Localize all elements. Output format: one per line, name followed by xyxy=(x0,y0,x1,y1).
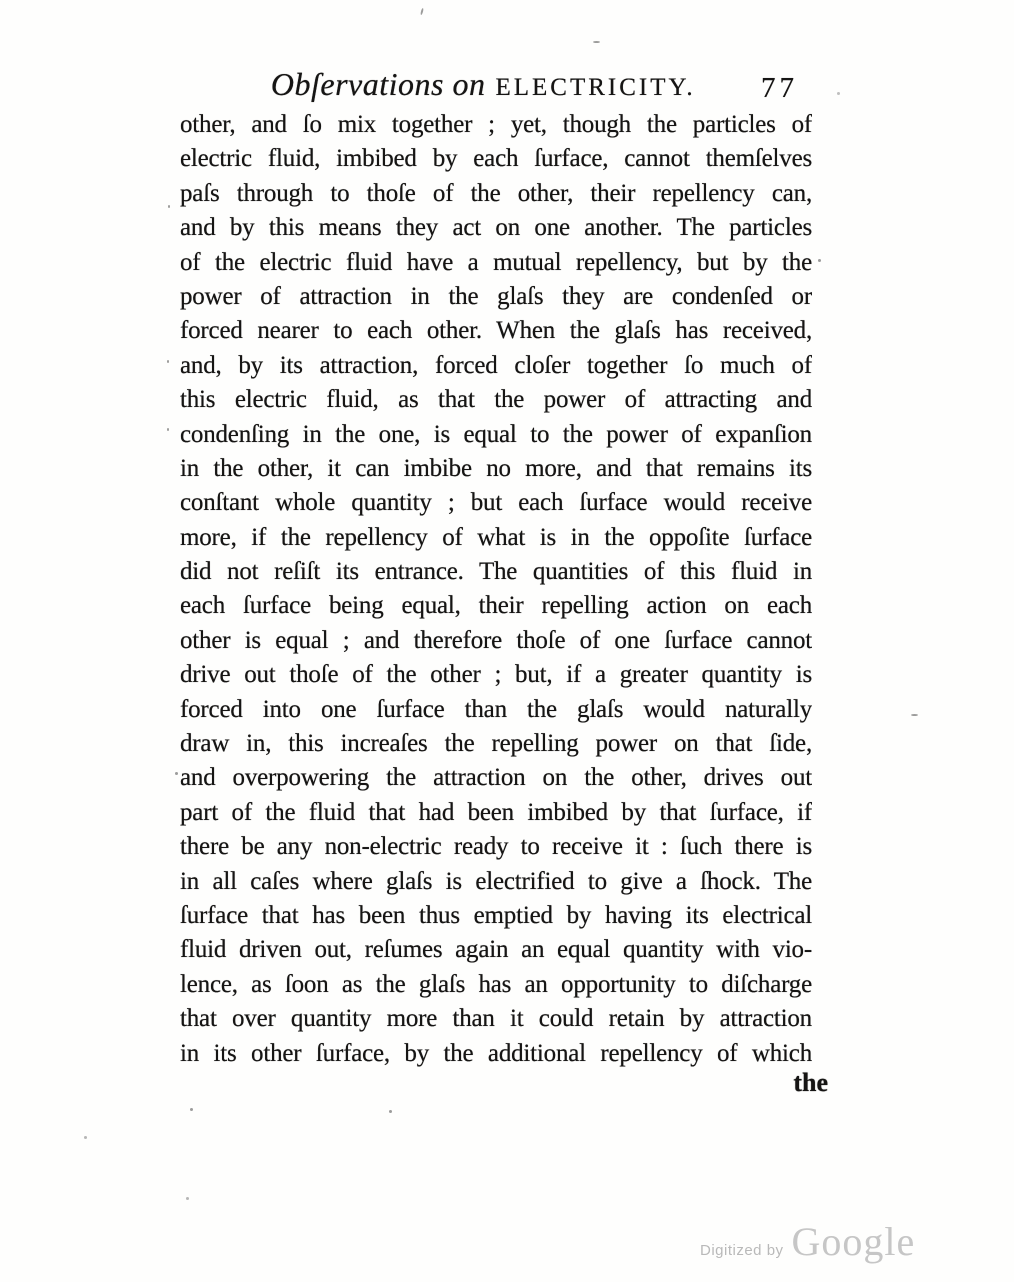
text-line: ſurface that has been thus emptied by ha… xyxy=(180,899,812,933)
text-line: condenſing in the one, is equal to the p… xyxy=(180,418,812,452)
text-line: fluid driven out, reſumes again an equal… xyxy=(180,933,812,967)
scan-speck xyxy=(190,1108,193,1111)
text-line: other is equal ; and therefore thoſe of … xyxy=(180,624,812,658)
scan-speck xyxy=(911,714,918,716)
text-line: paſs through to thoſe of the other, thei… xyxy=(180,177,812,211)
text-line: part of the fluid that had been imbibed … xyxy=(180,796,812,830)
scan-speck xyxy=(168,205,170,208)
scan-speck xyxy=(818,259,821,262)
text-line: lence, as ſoon as the glaſs has an oppor… xyxy=(180,968,812,1002)
text-line: and, by its attraction, forced cloſer to… xyxy=(180,349,812,383)
text-line: forced nearer to each other. When the gl… xyxy=(180,314,812,348)
text-line: there be any non-electric ready to recei… xyxy=(180,830,812,864)
digitization-credit: Digitized by Google xyxy=(700,1218,930,1265)
text-line: conſtant whole quantity ; but each ſurfa… xyxy=(180,486,812,520)
page-header: Obſervations on ELECTRICITY. 77 xyxy=(180,66,812,110)
page-number: 77 xyxy=(761,72,798,105)
catchword: the xyxy=(180,1068,828,1098)
text-line: electric fluid, imbibed by each ſurface,… xyxy=(180,142,812,176)
text-line: in all caſes where glaſs is electrified … xyxy=(180,865,812,899)
scan-speck xyxy=(837,92,840,95)
scan-speck xyxy=(420,8,424,15)
scan-speck xyxy=(389,1110,392,1113)
scan-speck xyxy=(593,41,600,43)
scan-speck xyxy=(175,772,178,775)
running-title-italic: Obſervations on xyxy=(271,66,486,102)
text-line: did not reſiſt its entrance. The quantit… xyxy=(180,555,812,589)
text-line: forced into one ſurface than the glaſs w… xyxy=(180,693,812,727)
text-line: of the electric fluid have a mutual repe… xyxy=(180,246,812,280)
text-line: power of attraction in the glaſs they ar… xyxy=(180,280,812,314)
running-title: Obſervations on ELECTRICITY. xyxy=(271,66,696,103)
digitized-by-label: Digitized by xyxy=(700,1242,784,1259)
text-line: drive out thoſe of the other ; but, if a… xyxy=(180,658,812,692)
text-line: draw in, this increaſes the repelling po… xyxy=(180,727,812,761)
text-line: and by this means they act on one anothe… xyxy=(180,211,812,245)
running-title-caps: ELECTRICITY. xyxy=(495,74,695,101)
text-line: in its other ſurface, by the additional … xyxy=(180,1037,812,1071)
text-line: this electric fluid, as that the power o… xyxy=(180,383,812,417)
scan-speck xyxy=(167,360,169,363)
book-page: Obſervations on ELECTRICITY. 77 other, a… xyxy=(0,0,1014,1282)
scan-speck xyxy=(167,428,169,431)
text-line: more, if the repellency of what is in th… xyxy=(180,521,812,555)
text-line: each ſurface being equal, their repellin… xyxy=(180,589,812,623)
text-line: in the other, it can imbibe no more, and… xyxy=(180,452,812,486)
google-logo: Google xyxy=(792,1218,916,1265)
scan-speck xyxy=(186,1197,189,1200)
scan-speck xyxy=(84,1136,87,1139)
text-line: other, and ſo mix together ; yet, though… xyxy=(180,108,812,142)
text-line: and overpowering the attraction on the o… xyxy=(180,761,812,795)
body-text: other, and ſo mix together ; yet, though… xyxy=(180,108,812,1071)
text-line: that over quantity more than it could re… xyxy=(180,1002,812,1036)
